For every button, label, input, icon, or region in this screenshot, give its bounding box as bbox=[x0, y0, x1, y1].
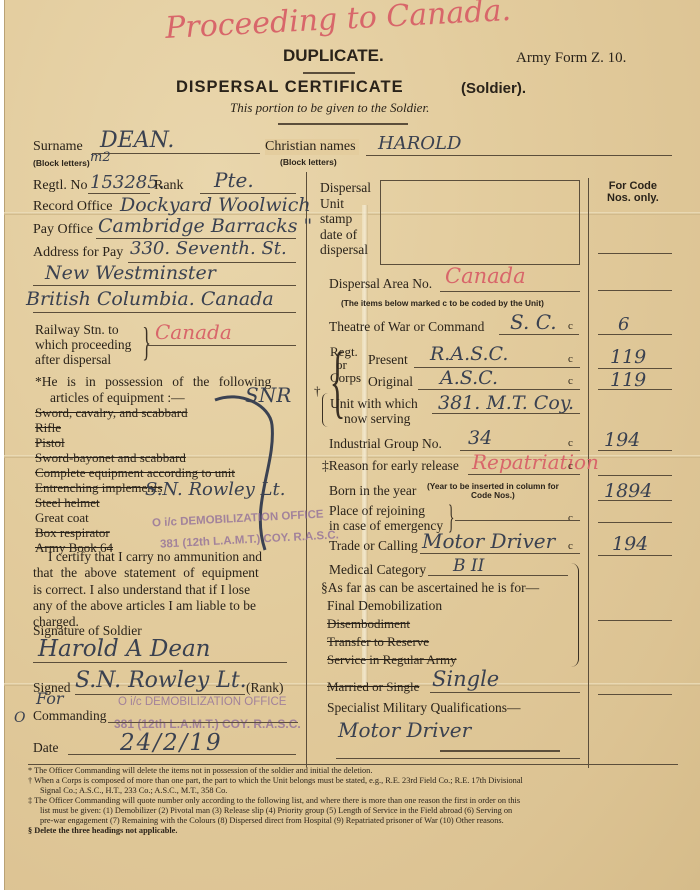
duplicate-heading: DUPLICATE. bbox=[283, 46, 384, 66]
trade-code: 194 bbox=[612, 533, 648, 555]
industrial-group-code: 194 bbox=[604, 429, 640, 451]
options-brace bbox=[566, 563, 579, 667]
code-line bbox=[598, 389, 672, 390]
option-disembodiment: Disembodiment bbox=[327, 616, 410, 632]
original-label: Original bbox=[368, 374, 413, 390]
unit-serving-label: Unit with which now serving bbox=[330, 396, 418, 426]
original-line bbox=[418, 389, 580, 390]
officer-signature: S.N. Rowley Lt. bbox=[75, 668, 247, 693]
medical-label: Medical Category bbox=[329, 562, 426, 578]
rank-value: Pte. bbox=[214, 168, 254, 192]
code-line bbox=[598, 334, 672, 335]
ascertained-text: §As far as can be ascertained he is for— bbox=[321, 580, 539, 596]
equipment-item: Sword-bayonet and scabbard bbox=[35, 450, 186, 466]
theatre-code: 6 bbox=[618, 314, 629, 335]
certificate-subtitle: This portion to be given to the Soldier. bbox=[230, 100, 429, 116]
medical-line bbox=[428, 575, 568, 576]
married-single-value: Single bbox=[432, 667, 499, 691]
railway-line bbox=[148, 345, 296, 346]
coded-marker: c bbox=[568, 437, 573, 449]
dispersal-area-value: Canada bbox=[445, 264, 526, 288]
equipment-item: Entrenching implements bbox=[35, 480, 162, 496]
code-column-header: For Code Nos. only. bbox=[607, 180, 659, 204]
for-annotation: For bbox=[36, 689, 64, 708]
block-letters-note: (Block letters) bbox=[33, 158, 90, 168]
specialist-underline bbox=[440, 750, 560, 752]
commanding-line bbox=[108, 722, 298, 723]
christian-names-value: HAROLD bbox=[378, 133, 461, 154]
block-letters-note-2: (Block letters) bbox=[280, 157, 337, 167]
theatre-value: S. C. bbox=[510, 310, 557, 334]
demobilization-stamp-2-line2: 381 (12th L.A.M.T.) COY. R.A.S.C. bbox=[114, 717, 301, 731]
possession-text-2: articles of equipment :— bbox=[50, 390, 185, 406]
block-letters-annotation: m2 bbox=[90, 150, 111, 165]
header-rule bbox=[303, 72, 355, 74]
christian-names-line bbox=[366, 155, 672, 156]
rank-suffix: (Rank) bbox=[246, 680, 284, 696]
rejoin-line bbox=[455, 520, 580, 521]
address-line-2: New Westminster bbox=[45, 262, 216, 284]
rank-label: Rank bbox=[154, 178, 184, 194]
address-line-rule bbox=[33, 285, 296, 286]
reason-label: ‡Reason for early release bbox=[322, 458, 459, 474]
signature-line bbox=[33, 662, 287, 663]
surname-label: Surname bbox=[33, 139, 83, 155]
footnote: † When a Corps is composed of more than … bbox=[28, 776, 523, 785]
date-value: 24/2/19 bbox=[120, 730, 223, 756]
coded-note: (The items below marked c to be coded by… bbox=[341, 298, 544, 308]
equipment-item: Sword, cavalry, and scabbard bbox=[35, 405, 188, 421]
code-line bbox=[598, 522, 672, 523]
option-transfer-reserve: Transfer to Reserve bbox=[327, 634, 429, 650]
equipment-item: Great coat bbox=[35, 510, 89, 526]
footnote: list must be given: (1) Demobilizer (2) … bbox=[40, 806, 512, 815]
pay-office-label: Pay Office bbox=[33, 222, 93, 238]
o-annotation: O bbox=[14, 710, 25, 726]
trade-value: Motor Driver bbox=[422, 529, 555, 553]
present-code: 119 bbox=[610, 346, 646, 368]
address-line-3: British Columbia. Canada bbox=[26, 288, 274, 310]
column-divider bbox=[306, 172, 307, 767]
record-office-label: Record Office bbox=[33, 199, 112, 215]
surname-line bbox=[92, 153, 260, 154]
equipment-item: Rifle bbox=[35, 420, 61, 436]
coded-marker: c bbox=[568, 375, 573, 387]
married-single-label: Married or Single bbox=[327, 679, 419, 695]
footnote: § Delete the three headings not applicab… bbox=[28, 826, 177, 835]
ink-stroke bbox=[210, 385, 290, 555]
original-code: 119 bbox=[610, 369, 646, 391]
equipment-item: Steel helmet bbox=[35, 495, 100, 511]
footnote: pre-war engagement (7) Remaining with th… bbox=[40, 816, 504, 825]
code-line bbox=[598, 450, 672, 451]
trade-label: Trade or Calling bbox=[329, 538, 418, 554]
coded-marker: c bbox=[568, 512, 573, 524]
railway-value: Canada bbox=[155, 320, 232, 344]
code-line bbox=[598, 500, 672, 501]
code-line bbox=[598, 253, 672, 254]
married-line bbox=[430, 692, 580, 693]
code-line bbox=[598, 694, 672, 695]
dispersal-stamp-box bbox=[380, 180, 580, 265]
trade-line bbox=[420, 553, 580, 554]
medical-value: B II bbox=[453, 556, 484, 576]
railway-label: Railway Stn. to which proceeding after d… bbox=[35, 322, 131, 367]
christian-names-label: DispersalChristian names bbox=[265, 139, 359, 155]
specialist-value: Motor Driver bbox=[338, 718, 471, 742]
code-line bbox=[598, 555, 672, 556]
regtl-label: Regtl. No bbox=[33, 178, 87, 194]
coded-marker: c bbox=[568, 353, 573, 365]
industrial-group-value: 34 bbox=[468, 427, 492, 449]
dispersal-area-line bbox=[440, 291, 580, 292]
footnote: Signal Co.; A.S.C., H.T., 233 Co.; A.S.C… bbox=[40, 786, 227, 795]
specialist-label: Specialist Military Qualifications— bbox=[327, 700, 520, 716]
born-code: 1894 bbox=[604, 480, 652, 502]
unit-serving-value: 381. M.T. Coy. bbox=[438, 392, 574, 414]
code-line bbox=[598, 290, 672, 291]
certification-text: I certify that I carry no ammunition and… bbox=[33, 549, 262, 630]
industrial-group-label: Industrial Group No. bbox=[329, 436, 442, 452]
dispersal-area-label: Dispersal Area No. bbox=[329, 276, 432, 292]
equipment-item: Pistol bbox=[35, 435, 65, 451]
coded-marker: c bbox=[568, 320, 573, 332]
address-label: Address for Pay bbox=[33, 245, 123, 261]
address-line-rule bbox=[33, 312, 296, 313]
theatre-line bbox=[499, 334, 579, 335]
original-value: A.S.C. bbox=[440, 367, 498, 389]
footnote-rule bbox=[28, 764, 678, 765]
dispersal-unit-label: Dispersal Unit stamp date of dispersal bbox=[320, 180, 371, 258]
date-label: Date bbox=[33, 740, 58, 756]
date-line bbox=[68, 754, 296, 755]
signed-line bbox=[75, 694, 245, 695]
option-final-demobilization: Final Demobilization bbox=[327, 598, 442, 614]
form-number: Army Form Z. 10. bbox=[516, 50, 626, 67]
demobilization-stamp-2: O i/c DEMOBILIZATION OFFICE bbox=[118, 696, 286, 708]
surname-value: DEAN. bbox=[100, 128, 174, 153]
pay-office-value: Cambridge Barracks " bbox=[98, 215, 312, 237]
equipment-signature: S.N. Rowley Lt. bbox=[145, 479, 285, 500]
soldier-signature: Harold A Dean bbox=[38, 636, 211, 662]
reason-value: Repatriation bbox=[472, 450, 599, 474]
equipment-item: Box respirator bbox=[35, 525, 110, 541]
code-line bbox=[598, 475, 672, 476]
theatre-label: Theatre of War or Command bbox=[329, 319, 484, 335]
reason-line bbox=[468, 474, 580, 475]
born-note: (Year to be inserted in column for Code … bbox=[427, 482, 559, 500]
specialist-line bbox=[336, 758, 580, 759]
footnote: ‡ The Officer Commanding will quote numb… bbox=[28, 796, 520, 805]
unit-serving-line bbox=[432, 413, 580, 414]
present-value: R.A.S.C. bbox=[430, 343, 508, 365]
railway-brace: } bbox=[142, 318, 151, 365]
record-office-value: Dockyard Woolwich bbox=[120, 194, 311, 216]
address-line-1: 330. Seventh. St. bbox=[130, 238, 287, 259]
commanding-label: Commanding bbox=[33, 708, 107, 724]
option-regular-army: Service in Regular Army bbox=[327, 652, 457, 668]
subtitle-rule bbox=[278, 123, 408, 125]
code-line bbox=[598, 620, 672, 621]
born-label: Born in the year bbox=[329, 483, 416, 499]
certificate-title: DISPERSAL CERTIFICATE bbox=[176, 78, 404, 97]
dagger-marker: † bbox=[314, 383, 321, 399]
certificate-title-suffix: (Soldier). bbox=[461, 80, 526, 97]
present-label: Present bbox=[368, 352, 408, 368]
footnote: * The Officer Commanding will delete the… bbox=[28, 766, 372, 775]
coded-marker: c bbox=[568, 540, 573, 552]
coded-marker: c bbox=[568, 460, 573, 472]
regt-corps-label: Regt. or Corps bbox=[330, 345, 361, 384]
